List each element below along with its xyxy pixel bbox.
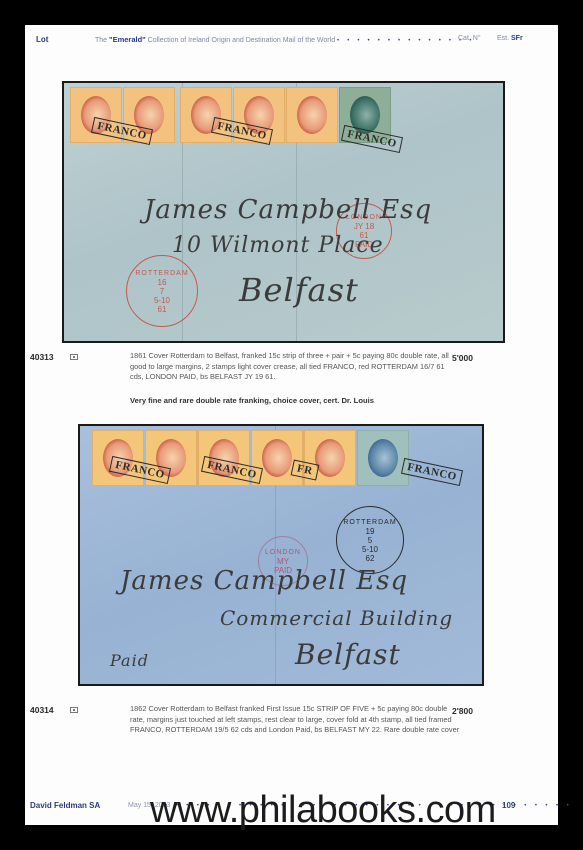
lot-estimate: 5'000	[452, 353, 473, 363]
address-line: 10 Wilmont Place	[172, 233, 384, 258]
lot-description: 1862 Cover Rotterdam to Belfast franked …	[130, 704, 460, 736]
cover-icon	[70, 354, 78, 360]
postmark-line: 61	[158, 305, 167, 314]
lot-remark: Very fine and rare double rate franking,…	[130, 396, 374, 405]
header-collection-title: The "Emerald" Collection of Ireland Orig…	[95, 35, 475, 44]
address-line: James Campbell Esq	[144, 195, 432, 225]
postmark-line: 5	[368, 536, 372, 545]
postmark-line: 16	[158, 278, 167, 287]
lot-number: 40314	[30, 705, 54, 715]
stamp-5c	[357, 430, 409, 486]
watermark-url: www.philabooks.com	[150, 790, 496, 830]
postmark-line: 62	[366, 554, 375, 563]
postmark-rotterdam: ROTTERDAM 19 5 5-10 62	[336, 506, 404, 574]
stamp-15c	[286, 87, 338, 143]
title-prefix: The	[95, 37, 109, 44]
postmark-ring: ROTTERDAM	[343, 518, 396, 527]
address-line: James Campbell Esq	[120, 566, 408, 596]
header-dots: • • • • • • • • • • • • • •	[337, 38, 474, 44]
lot-description: 1861 Cover Rotterdam to Belfast, franked…	[130, 351, 460, 383]
est-prefix: Est.	[497, 35, 511, 42]
est-currency: SFr	[511, 35, 523, 42]
cover-image-40314[interactable]: FRANCO FRANCO FR FRANCO ROTTERDAM 19 5 5…	[78, 424, 484, 686]
lot-number: 40313	[30, 352, 54, 362]
cover-image-40313[interactable]: FRANCO FRANCO FRANCO ROTTERDAM 16 7 5-10…	[62, 81, 505, 343]
header-cat-label: Cat. N°	[458, 35, 481, 42]
header-lot-label: Lot	[36, 35, 48, 44]
page-number: 109	[502, 801, 515, 810]
postmark-line: 7	[160, 287, 164, 296]
title-rest: Collection of Ireland Origin and Destina…	[146, 37, 335, 44]
cover-icon	[70, 707, 78, 713]
postmark-line: 19	[366, 527, 375, 536]
lot-estimate: 2'800	[452, 706, 473, 716]
postmark-ring: LONDON	[265, 548, 301, 557]
postmark-line: MY	[277, 557, 289, 566]
franco-mark: FRANCO	[401, 458, 463, 486]
postmark-rotterdam: ROTTERDAM 16 7 5-10 61	[126, 255, 198, 327]
title-emerald: "Emerald"	[109, 35, 146, 44]
postmark-line: 5-10	[154, 296, 170, 305]
cover-note: Paid	[110, 651, 149, 670]
address-line: Commercial Building	[220, 606, 453, 630]
header-est-label: Est. SFr	[497, 35, 523, 42]
footer-publisher: David Feldman SA	[30, 801, 100, 810]
address-line: Belfast	[239, 271, 359, 309]
postmark-ring: ROTTERDAM	[135, 269, 188, 278]
catalogue-page: Lot The "Emerald" Collection of Ireland …	[25, 25, 558, 825]
postmark-line: 5-10	[362, 545, 378, 554]
address-line: Belfast	[295, 638, 401, 671]
